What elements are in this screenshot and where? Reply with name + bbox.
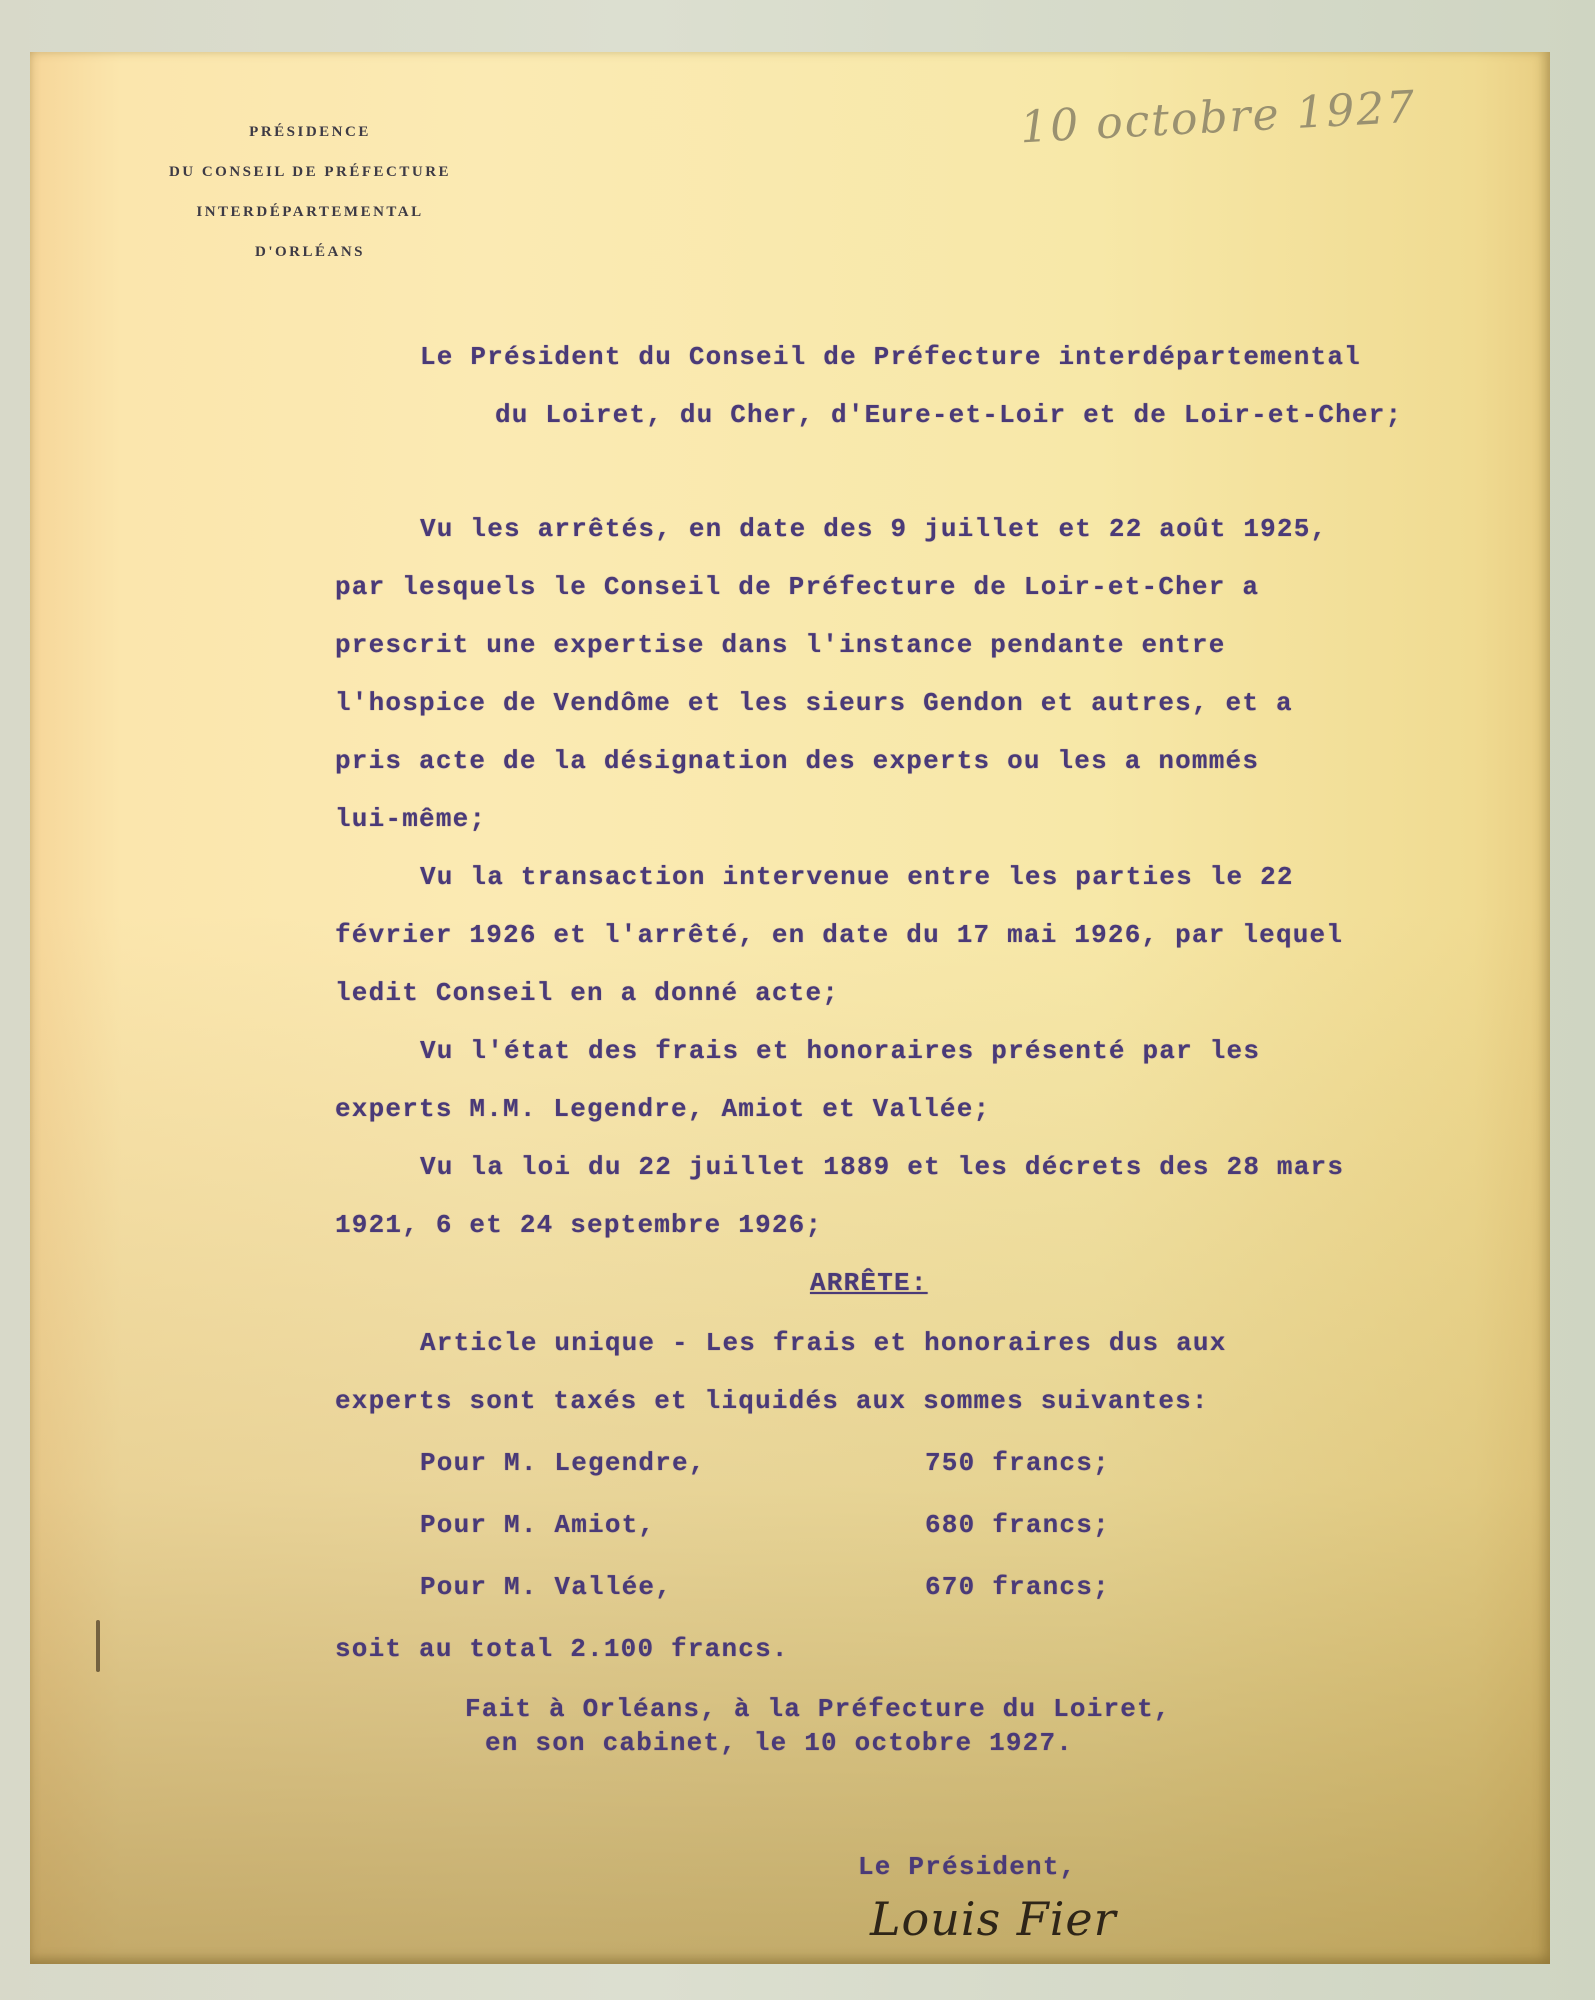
- fee-amount: 670 francs;: [925, 1572, 1110, 1602]
- document-page: PRÉSIDENCE DU CONSEIL DE PRÉFECTURE INTE…: [30, 52, 1550, 1964]
- letterhead-line-1: PRÉSIDENCE: [100, 124, 520, 141]
- decision-heading: ARRÊTE:: [810, 1268, 928, 1298]
- body-line: experts M.M. Legendre, Amiot et Vallée;: [335, 1094, 990, 1124]
- margin-pencil-mark: [96, 1620, 100, 1672]
- article-line-1: Article unique - Les frais et honoraires…: [420, 1328, 1227, 1358]
- title-line-1: Le Président du Conseil de Préfecture in…: [420, 342, 1361, 372]
- body-line: ledit Conseil en a donné acte;: [335, 978, 839, 1008]
- body-line: pris acte de la désignation des experts …: [335, 746, 1259, 776]
- body-line: février 1926 et l'arrêté, en date du 17 …: [335, 920, 1343, 950]
- signature: Louis Fier: [870, 1892, 1117, 1946]
- closing-line-2: en son cabinet, le 10 octobre 1927.: [485, 1728, 1073, 1758]
- body-line: Vu la loi du 22 juillet 1889 et les décr…: [420, 1152, 1344, 1182]
- body-line: prescrit une expertise dans l'instance p…: [335, 630, 1226, 660]
- letterhead-line-4: D'ORLÉANS: [100, 244, 520, 261]
- signatory-title: Le Président,: [858, 1852, 1076, 1882]
- letterhead-line-2: DU CONSEIL DE PRÉFECTURE: [100, 164, 520, 181]
- body-line: Vu les arrêtés, en date des 9 juillet et…: [420, 514, 1327, 544]
- body-line: 1921, 6 et 24 septembre 1926;: [335, 1210, 822, 1240]
- body-line: lui-même;: [335, 804, 486, 834]
- fee-recipient: Pour M. Legendre,: [420, 1448, 706, 1478]
- fee-amount: 680 francs;: [925, 1510, 1110, 1540]
- handwritten-date: 10 octobre 1927: [1019, 82, 1418, 154]
- body-line: par lesquels le Conseil de Préfecture de…: [335, 572, 1259, 602]
- fee-amount: 750 francs;: [925, 1448, 1110, 1478]
- body-line: Vu l'état des frais et honoraires présen…: [420, 1036, 1260, 1066]
- title-line-2: du Loiret, du Cher, d'Eure-et-Loir et de…: [495, 400, 1402, 430]
- total-line: soit au total 2.100 francs.: [335, 1634, 789, 1664]
- body-line: l'hospice de Vendôme et les sieurs Gendo…: [335, 688, 1293, 718]
- letterhead-line-3: INTERDÉPARTEMENTAL: [100, 204, 520, 221]
- body-line: Vu la transaction intervenue entre les p…: [420, 862, 1294, 892]
- fee-recipient: Pour M. Vallée,: [420, 1572, 672, 1602]
- article-line-2: experts sont taxés et liquidés aux somme…: [335, 1386, 1209, 1416]
- fee-recipient: Pour M. Amiot,: [420, 1510, 655, 1540]
- closing-line-1: Fait à Orléans, à la Préfecture du Loire…: [465, 1694, 1171, 1724]
